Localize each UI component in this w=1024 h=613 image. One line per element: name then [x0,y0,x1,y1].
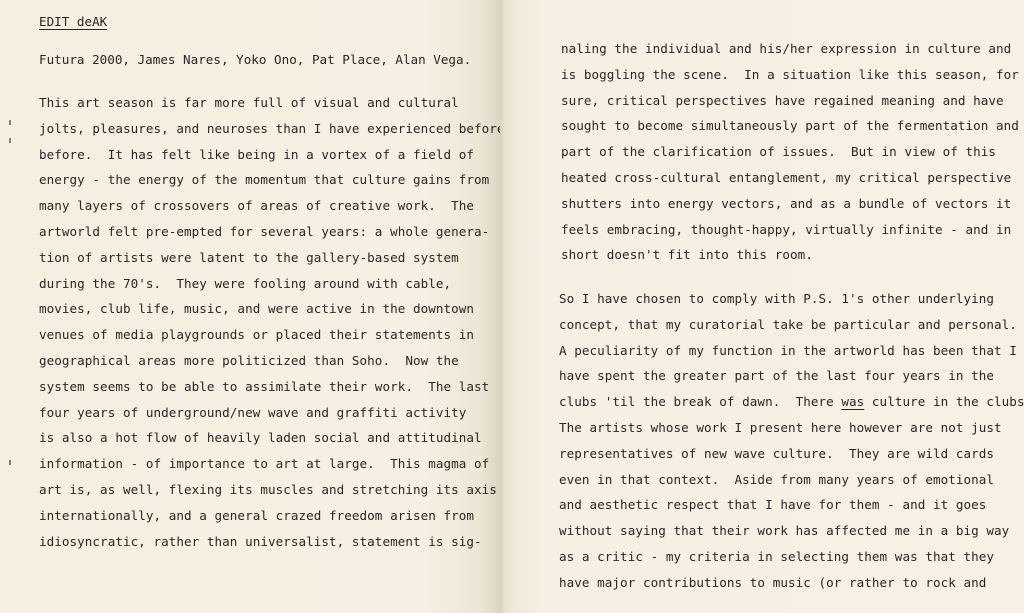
text-line: representatives of new wave culture. The… [559,441,1024,467]
text-line: energy - the energy of the momentum that… [39,167,500,193]
right-page: naling the individual and his/her expres… [512,0,1024,613]
text-line: without saying that their work has affec… [559,518,1024,544]
author-heading: EDIT deAK [39,14,107,29]
text-line: many layers of crossovers of areas of cr… [39,193,500,219]
text-line: before. It has felt like being in a vort… [39,142,500,168]
text-line: and aesthetic respect that I have for th… [559,492,1024,518]
text-line: part of the clarification of issues. But… [561,139,1019,165]
text-line: idiosyncratic, rather than universalist,… [39,529,500,555]
text-line: even in that context. Aside from many ye… [559,467,1024,493]
text-line: A peculiarity of my function in the artw… [559,338,1024,364]
text-line: sure, critical perspectives have regaine… [561,88,1019,114]
text-line: sought to become simultaneously part of … [561,113,1019,139]
text-line: venues of media playgrounds or placed th… [39,322,500,348]
text-line: concept, that my curatorial take be part… [559,312,1024,338]
text-line: short doesn't fit into this room. [561,242,1019,268]
text-line: geographical areas more politicized than… [39,348,500,374]
text-line: during the 70's. They were fooling aroun… [39,271,500,297]
gutter-mark [9,460,11,465]
text-line: heated cross-cultural entanglement, my c… [561,165,1019,191]
text-line: is boggling the scene. In a situation li… [561,62,1019,88]
right-paragraph-1: naling the individual and his/her expres… [561,36,1019,268]
text-line: naling the individual and his/her expres… [561,36,1019,62]
artists-list: Futura 2000, James Nares, Yoko Ono, Pat … [39,52,471,67]
text-line: artworld felt pre-empted for several yea… [39,219,500,245]
text-line: The artists whose work I present here ho… [559,415,1024,441]
text-segment: culture in the clubs. [864,394,1024,409]
text-line: feels embracing, thought-happy, virtuall… [561,217,1019,243]
text-line: shutters into energy vectors, and as a b… [561,191,1019,217]
text-line: system seems to be able to assimilate th… [39,374,500,400]
text-line: information - of importance to art at la… [39,451,500,477]
text-line: have major contributions to music (or ra… [559,570,1024,596]
text-line: jolts, pleasures, and neuroses than I ha… [39,116,500,142]
underlined-word: was [841,394,864,409]
book-gutter [500,0,512,613]
text-line: clubs 'til the break of dawn. There was … [559,389,1024,415]
text-line: movies, club life, music, and were activ… [39,296,500,322]
left-paragraph: This art season is far more full of visu… [39,90,500,554]
text-line: So I have chosen to comply with P.S. 1's… [559,286,1024,312]
text-segment: clubs 'til the break of dawn. There [559,394,841,409]
text-line: art is, as well, flexing its muscles and… [39,477,500,503]
text-line: tion of artists were latent to the galle… [39,245,500,271]
book-spread: EDIT deAK Futura 2000, James Nares, Yoko… [0,0,1024,613]
gutter-mark [9,120,11,125]
text-line: as a critic - my criteria in selecting t… [559,544,1024,570]
text-line: internationally, and a general crazed fr… [39,503,500,529]
text-line: is also a hot flow of heavily laden soci… [39,425,500,451]
gutter-mark [9,138,11,143]
right-paragraph-2: So I have chosen to comply with P.S. 1's… [559,286,1024,596]
text-line: have spent the greater part of the last … [559,363,1024,389]
left-page: EDIT deAK Futura 2000, James Nares, Yoko… [0,0,500,613]
text-line: four years of underground/new wave and g… [39,400,500,426]
text-line: This art season is far more full of visu… [39,90,500,116]
